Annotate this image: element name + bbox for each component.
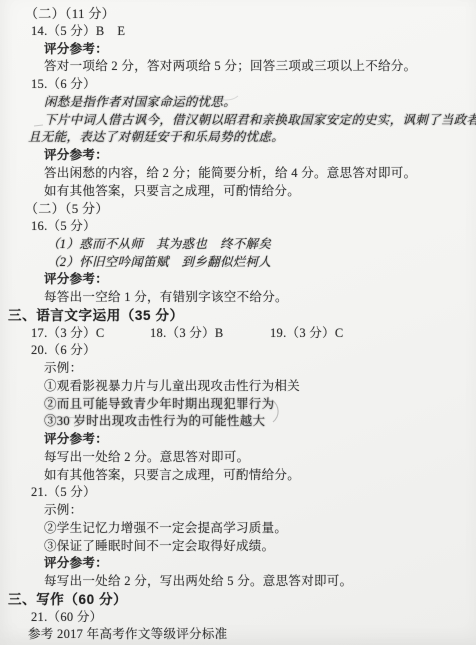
q15-scoring-ref-label: 评分参考： bbox=[0, 147, 476, 165]
q16-blank-2: （2）怀旧空吟闻笛赋 到乡翻似烂柯人 bbox=[0, 254, 476, 272]
q15-answer-line-2: 下片中词人借古讽今，借汉朝以昭君和亲换取国家安定的史实，讽刺了当政者的苟 bbox=[0, 112, 476, 130]
recitation-section-header: （二）（5 分） bbox=[0, 200, 476, 218]
q20-example-2: ②而且可能导致青少年时期出现犯罪行为 bbox=[0, 396, 476, 414]
q21-scoring-ref-label: 评分参考： bbox=[0, 555, 476, 573]
answer-key-page: （二）（11 分） 14.（5 分）B E 评分参考： 答对一项给 2 分，答对… bbox=[0, 0, 476, 645]
q21-scoring-note: 每写出一处给 2 分，写出两处给 5 分。意思答对即可。 bbox=[0, 573, 476, 591]
q16-scoring-ref-label: 评分参考： bbox=[0, 271, 476, 289]
q14-answer-line: 14.（5 分）B E bbox=[0, 23, 476, 41]
q21-example-3: ③保证了睡眠时间不一定会取得好成绩。 bbox=[0, 538, 476, 556]
q16-blank-1: （1）惑而不从师 其为惑也 终不解矣 bbox=[0, 236, 476, 254]
q21-number-line: 21.（5 分） bbox=[0, 484, 476, 502]
q20-number-line: 20.（6 分） bbox=[0, 342, 476, 360]
q21-example-2: ②学生记忆力增强不一定会提高学习质量。 bbox=[0, 520, 476, 538]
q15-answer-line-3: 且无能，表达了对朝廷安于和乐局势的忧虑。 bbox=[0, 129, 476, 147]
poetry-section-header: （二）（11 分） bbox=[0, 5, 476, 23]
q20-scoring-note-1: 每写出一处给 2 分。意思答对即可。 bbox=[0, 449, 476, 467]
choice-answers-row: 17.（3 分）C18.（3 分）B19.（3 分）C bbox=[0, 325, 476, 343]
essay-grading-note: 参考 2017 年高考作文等级评分标准 bbox=[0, 626, 476, 644]
q14-scoring-note: 答对一项给 2 分，答对两项给 5 分；回答三项或三项以上不给分。 bbox=[0, 58, 476, 76]
q16-number-line: 16.（5 分） bbox=[0, 218, 476, 236]
writing-section-header: 三、写作（60 分） bbox=[0, 591, 476, 609]
language-section-header: 三、语言文字运用（35 分） bbox=[0, 307, 476, 325]
q15-scoring-note-2: 如有其他答案，只要言之成理，可酌情给分。 bbox=[0, 183, 476, 201]
q15-number-line: 15.（6 分） bbox=[0, 76, 476, 94]
q20-scoring-ref-label: 评分参考： bbox=[0, 431, 476, 449]
q15-answer-line-1: 闲愁是指作者对国家命运的忧思。 bbox=[0, 94, 476, 112]
q18-answer: 18.（3 分）B bbox=[150, 325, 270, 343]
q15-scoring-note-1: 答出闲愁的内容，给 2 分；能简要分析，给 4 分。意思答对即可。 bbox=[0, 165, 476, 183]
q19-answer: 19.（3 分）C bbox=[270, 326, 344, 340]
q20-example-3: ③30 岁时出现攻击性行为的可能性越大 bbox=[0, 413, 476, 431]
essay-number-line: 21.（60 分） bbox=[0, 609, 476, 627]
q20-scoring-note-2: 如有其他答案，只要言之成理，可酌情给分。 bbox=[0, 467, 476, 485]
q17-answer: 17.（3 分）C bbox=[31, 325, 150, 343]
q21-example-label: 示例： bbox=[0, 502, 476, 520]
q20-example-label: 示例： bbox=[0, 360, 476, 378]
q20-example-1: ①观看影视暴力片与儿童出现攻击性行为相关 bbox=[0, 378, 476, 396]
q14-scoring-ref-label: 评分参考： bbox=[0, 41, 476, 59]
q16-scoring-note: 每答出一空给 1 分，有错别字该空不给分。 bbox=[0, 289, 476, 307]
